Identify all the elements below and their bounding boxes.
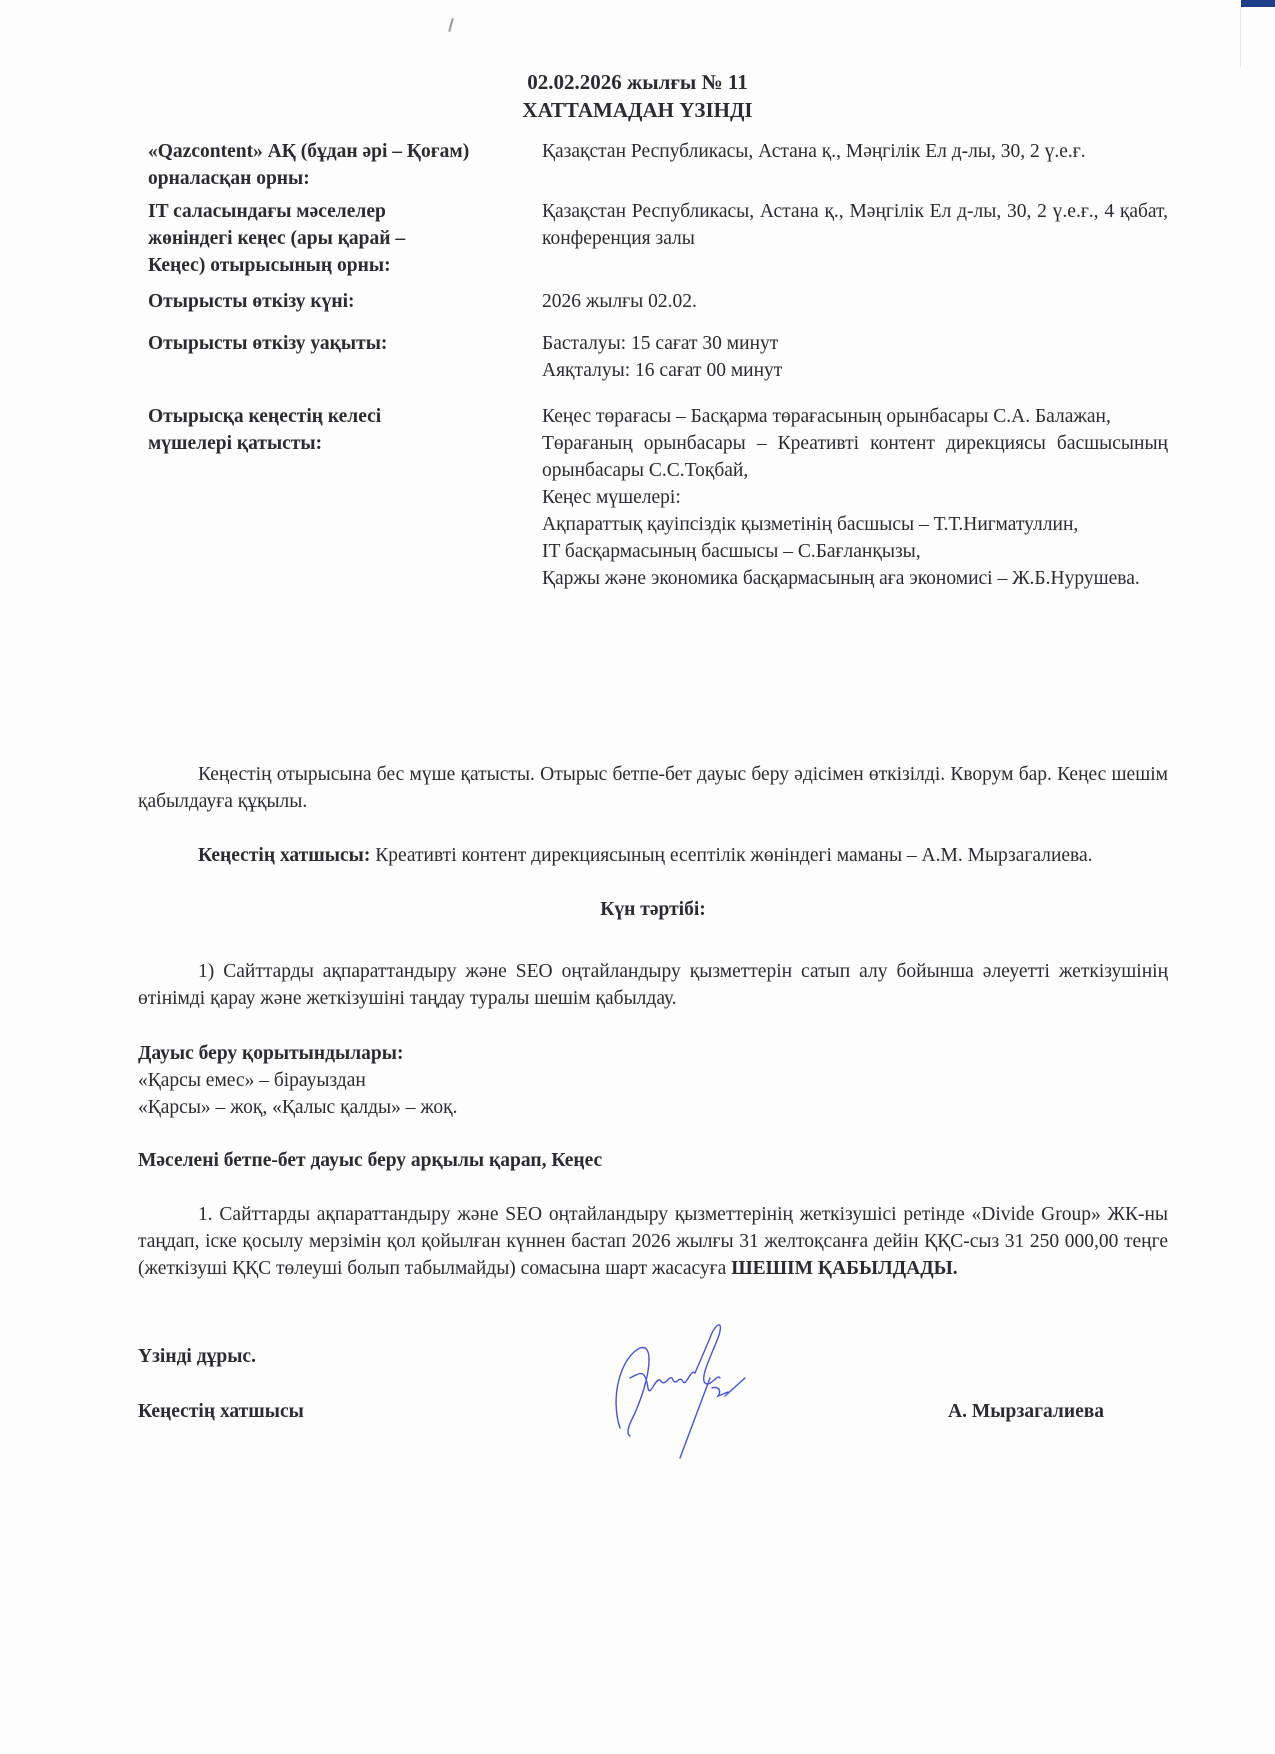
handwritten-signature [600,1318,800,1468]
signer-name: А. Мырзагалиева [948,1401,1104,1423]
attendee: Ақпараттық қауіпсіздік қызметінің басшыс… [542,511,1168,538]
protocol-heading: ХАТТАМАДАН ҮЗІНДІ [0,96,1275,124]
secretary-paragraph: Кеңестің хатшысы: Креативті контент дире… [138,842,1168,869]
voting-line: «Қарсы» – жоқ, «Қалыс қалды» – жоқ. [138,1094,1168,1121]
meta-label: «Qazcontent» АҚ (бұдан әрі – Қоғам) орна… [148,138,478,192]
end-time: Аяқталуы: 16 сағат 00 минут [542,357,1168,384]
decision-label: ШЕШІМ ҚАБЫЛДАДЫ. [731,1258,957,1279]
resolution-body: 1. Сайттарды ақпараттандыру және SEO оңт… [138,1204,1168,1279]
secretary-text: Креативті контент дирекциясының есептілі… [370,845,1092,866]
voting-results: Дауыс беру қорытындылары: «Қарсы емес» –… [138,1040,1168,1121]
secretary-label: Кеңестің хатшысы: [198,845,370,866]
attendee: Кеңес төрағасы – Басқарма төрағасының ор… [542,403,1168,430]
resolution-text: 1. Сайттарды ақпараттандыру және SEO оңт… [138,1201,1168,1282]
voting-line: «Қарсы емес» – бірауыздан [138,1067,1168,1094]
meta-value: Басталуы: 15 сағат 30 минут Аяқталуы: 16… [542,330,1168,384]
attendee-group-label: Кеңес мүшелері: [542,484,1168,511]
attendee-list: Кеңес төрағасы – Басқарма төрағасының ор… [542,403,1168,592]
attendee: IT басқармасының басшысы – С.Бағланқызы, [542,538,1168,565]
scan-edge-mark [1241,0,1275,7]
meta-value: Қазақстан Республикасы, Астана қ., Мәңгі… [542,138,1168,165]
protocol-number: 02.02.2026 жылғы № 11 [0,68,1275,96]
agenda-title: Күн тәртібі: [138,896,1168,923]
document-title: 02.02.2026 жылғы № 11 ХАТТАМАДАН ҮЗІНДІ [0,68,1275,124]
attendee: Төрағаның орынбасары – Креативті контент… [542,430,1168,484]
meta-label: Отырысқа кеңестің келесі мүшелері қатыст… [148,403,438,457]
agenda-item: 1) Сайттарды ақпараттандыру және SEO оңт… [138,958,1168,1012]
meta-label: Отырысты өткізу уақыты: [148,330,478,357]
start-time: Басталуы: 15 сағат 30 минут [542,330,1168,357]
meta-label: Отырысты өткізу күні: [148,288,478,315]
voting-title: Дауыс беру қорытындылары: [138,1040,1168,1067]
meta-value: Қазақстан Республикасы, Астана қ., Мәңгі… [542,198,1168,252]
signer-role: Кеңестің хатшысы [138,1401,304,1422]
quorum-paragraph: Кеңестің отырысына бес мүше қатысты. Оты… [138,761,1168,815]
attendee: Қаржы және экономика басқармасының аға э… [542,565,1168,592]
pen-mark [448,18,454,32]
scan-edge-line [1240,7,1241,67]
meta-label: IT саласындағы мәселелер жөніндегі кеңес… [148,198,458,279]
resolution-intro: Мәселені бетпе-бет дауыс беру арқылы қар… [138,1147,1168,1174]
meta-value: 2026 жылғы 02.02. [542,288,1168,315]
